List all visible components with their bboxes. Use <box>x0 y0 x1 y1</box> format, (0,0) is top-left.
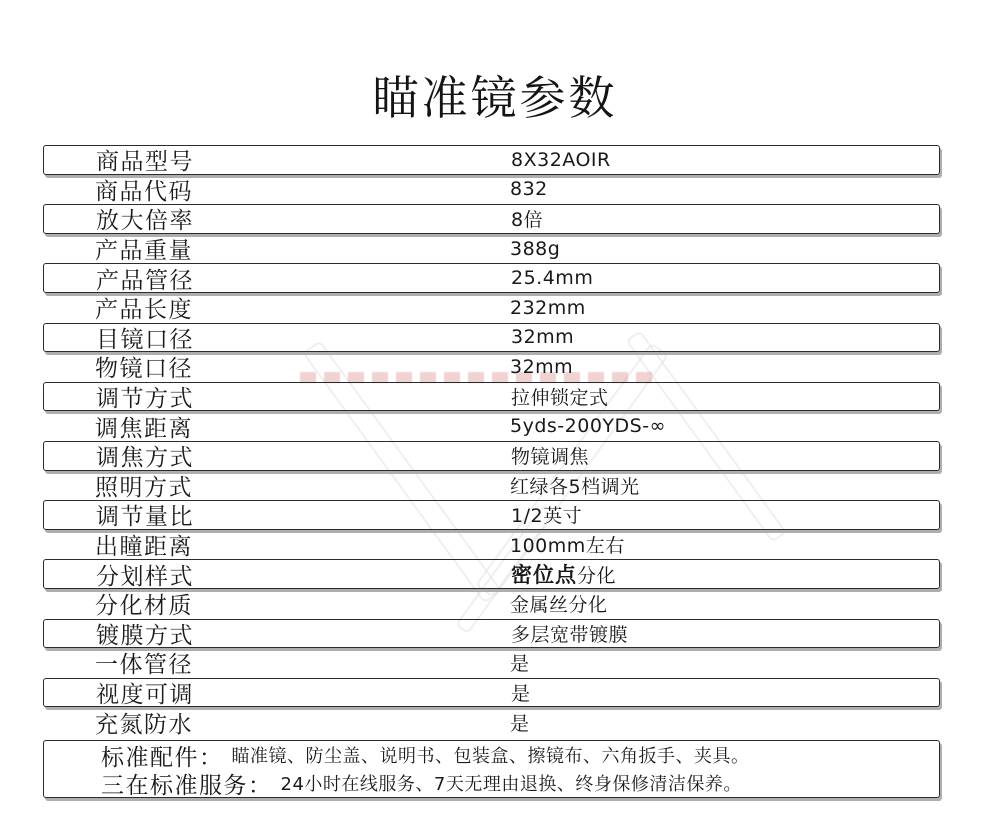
spec-value: 388g <box>510 238 560 260</box>
spec-value: 8X32AOIR <box>511 149 611 171</box>
service-items: 24小时在线服务、7天无理由退换、终身保修清洁保养。 <box>281 770 742 796</box>
table-row: 目镜口径32mm <box>43 323 940 353</box>
spec-value: 100mm左右 <box>510 531 625 558</box>
spec-label: 分化材质 <box>95 587 193 620</box>
spec-value-text: 832 <box>510 178 548 200</box>
table-row: 商品型号8X32AOIR <box>43 145 940 175</box>
spec-value-text: 5yds-200YDS-∞ <box>510 415 666 437</box>
service-line: 三在标准服务： 24小时在线服务、7天无理由退换、终身保修清洁保养。 <box>101 769 939 797</box>
spec-value: 多层宽带镀膜 <box>511 620 628 647</box>
table-row: 分化材质金属丝分化 <box>43 589 940 619</box>
table-row: 照明方式红绿各5档调光 <box>43 471 940 501</box>
spec-value: 红绿各5档调光 <box>510 472 640 499</box>
spec-label: 调焦距离 <box>95 410 193 443</box>
table-row: 调焦距离5yds-200YDS-∞ <box>43 411 940 441</box>
spec-value-text: 拉伸锁定式 <box>511 383 609 410</box>
spec-value-text: 是 <box>511 679 531 706</box>
table-row: 视度可调是 <box>43 678 940 708</box>
spec-value-strong: 密位点 <box>511 559 577 589</box>
spec-value: 32mm <box>511 326 574 348</box>
table-row: 一体管径是 <box>43 648 940 678</box>
spec-value-text: 多层宽带镀膜 <box>511 620 628 647</box>
spec-value: 5yds-200YDS-∞ <box>510 415 666 437</box>
accessories-line: 标准配件： 瞄准镜、防尘盖、说明书、包装盒、擦镜布、六角扳手、夹具。 <box>101 741 939 769</box>
table-row: 商品代码832 <box>43 175 940 205</box>
service-label: 三在标准服务： <box>101 767 273 800</box>
spec-value: 32mm <box>510 356 573 378</box>
table-row: 充氮防水是 <box>43 707 940 737</box>
spec-label: 视度可调 <box>96 676 194 709</box>
spec-value-text: 32mm <box>511 326 574 348</box>
spec-value-text: 分化 <box>577 561 616 588</box>
spec-label: 商品代码 <box>95 173 193 206</box>
spec-value: 金属丝分化 <box>510 590 608 617</box>
spec-value-text: 8X32AOIR <box>511 149 611 171</box>
spec-value-text: 金属丝分化 <box>510 590 608 617</box>
spec-label: 分划样式 <box>96 558 194 591</box>
table-row: 镀膜方式多层宽带镀膜 <box>43 619 940 649</box>
spec-label: 产品重量 <box>95 232 193 265</box>
spec-table: 商品型号8X32AOIR商品代码832放大倍率8倍产品重量388g产品管径25.… <box>43 145 940 737</box>
spec-value: 密位点分化 <box>511 559 616 589</box>
table-row: 分划样式密位点分化 <box>43 559 940 589</box>
spec-value-text: 物镜调焦 <box>511 442 589 469</box>
spec-value: 拉伸锁定式 <box>511 383 609 410</box>
table-row: 调焦方式物镜调焦 <box>43 441 940 471</box>
spec-value: 232mm <box>510 297 586 319</box>
table-row: 出瞳距离100mm左右 <box>43 530 940 560</box>
spec-value: 832 <box>510 178 548 200</box>
footer-box: 标准配件： 瞄准镜、防尘盖、说明书、包装盒、擦镜布、六角扳手、夹具。 三在标准服… <box>43 740 940 798</box>
spec-label: 调焦方式 <box>96 439 194 472</box>
spec-value: 物镜调焦 <box>511 442 589 469</box>
spec-label: 商品型号 <box>96 143 194 176</box>
spec-value: 25.4mm <box>511 267 593 289</box>
spec-label: 目镜口径 <box>96 321 194 354</box>
spec-value-text: 是 <box>510 649 530 676</box>
spec-value: 是 <box>510 649 530 676</box>
spec-label: 充氮防水 <box>95 706 193 739</box>
spec-value-text: 25.4mm <box>511 267 593 289</box>
spec-value-text: 32mm <box>510 356 573 378</box>
spec-label: 产品长度 <box>95 291 193 324</box>
spec-value-text: 1/2英寸 <box>511 501 582 528</box>
spec-value: 8倍 <box>511 205 543 232</box>
spec-value-text: 388g <box>510 238 560 260</box>
spec-label: 出瞳距离 <box>95 528 193 561</box>
table-row: 产品长度232mm <box>43 293 940 323</box>
table-row: 放大倍率8倍 <box>43 204 940 234</box>
table-row: 产品管径25.4mm <box>43 263 940 293</box>
spec-value-text: 8倍 <box>511 205 543 232</box>
table-row: 调节量比1/2英寸 <box>43 500 940 530</box>
accessories-items: 瞄准镜、防尘盖、说明书、包装盒、擦镜布、六角扳手、夹具。 <box>232 742 750 768</box>
table-row: 调节方式拉伸锁定式 <box>43 382 940 412</box>
spec-label: 调节量比 <box>96 498 194 531</box>
page-title: 瞄准镜参数 <box>0 62 990 128</box>
table-row: 产品重量388g <box>43 234 940 264</box>
spec-value: 是 <box>510 709 530 736</box>
spec-value-text: 是 <box>510 709 530 736</box>
spec-value-text: 232mm <box>510 297 586 319</box>
spec-value-text: 100mm左右 <box>510 531 625 558</box>
spec-label: 一体管径 <box>95 646 193 679</box>
spec-label: 放大倍率 <box>96 202 194 235</box>
spec-label: 物镜口径 <box>95 350 193 383</box>
spec-value: 是 <box>511 679 531 706</box>
spec-value-text: 红绿各5档调光 <box>510 472 640 499</box>
spec-label: 镀膜方式 <box>96 617 194 650</box>
spec-label: 调节方式 <box>96 380 194 413</box>
spec-label: 照明方式 <box>95 469 193 502</box>
table-row: 物镜口径32mm <box>43 352 940 382</box>
spec-label: 产品管径 <box>96 262 194 295</box>
spec-value: 1/2英寸 <box>511 501 582 528</box>
